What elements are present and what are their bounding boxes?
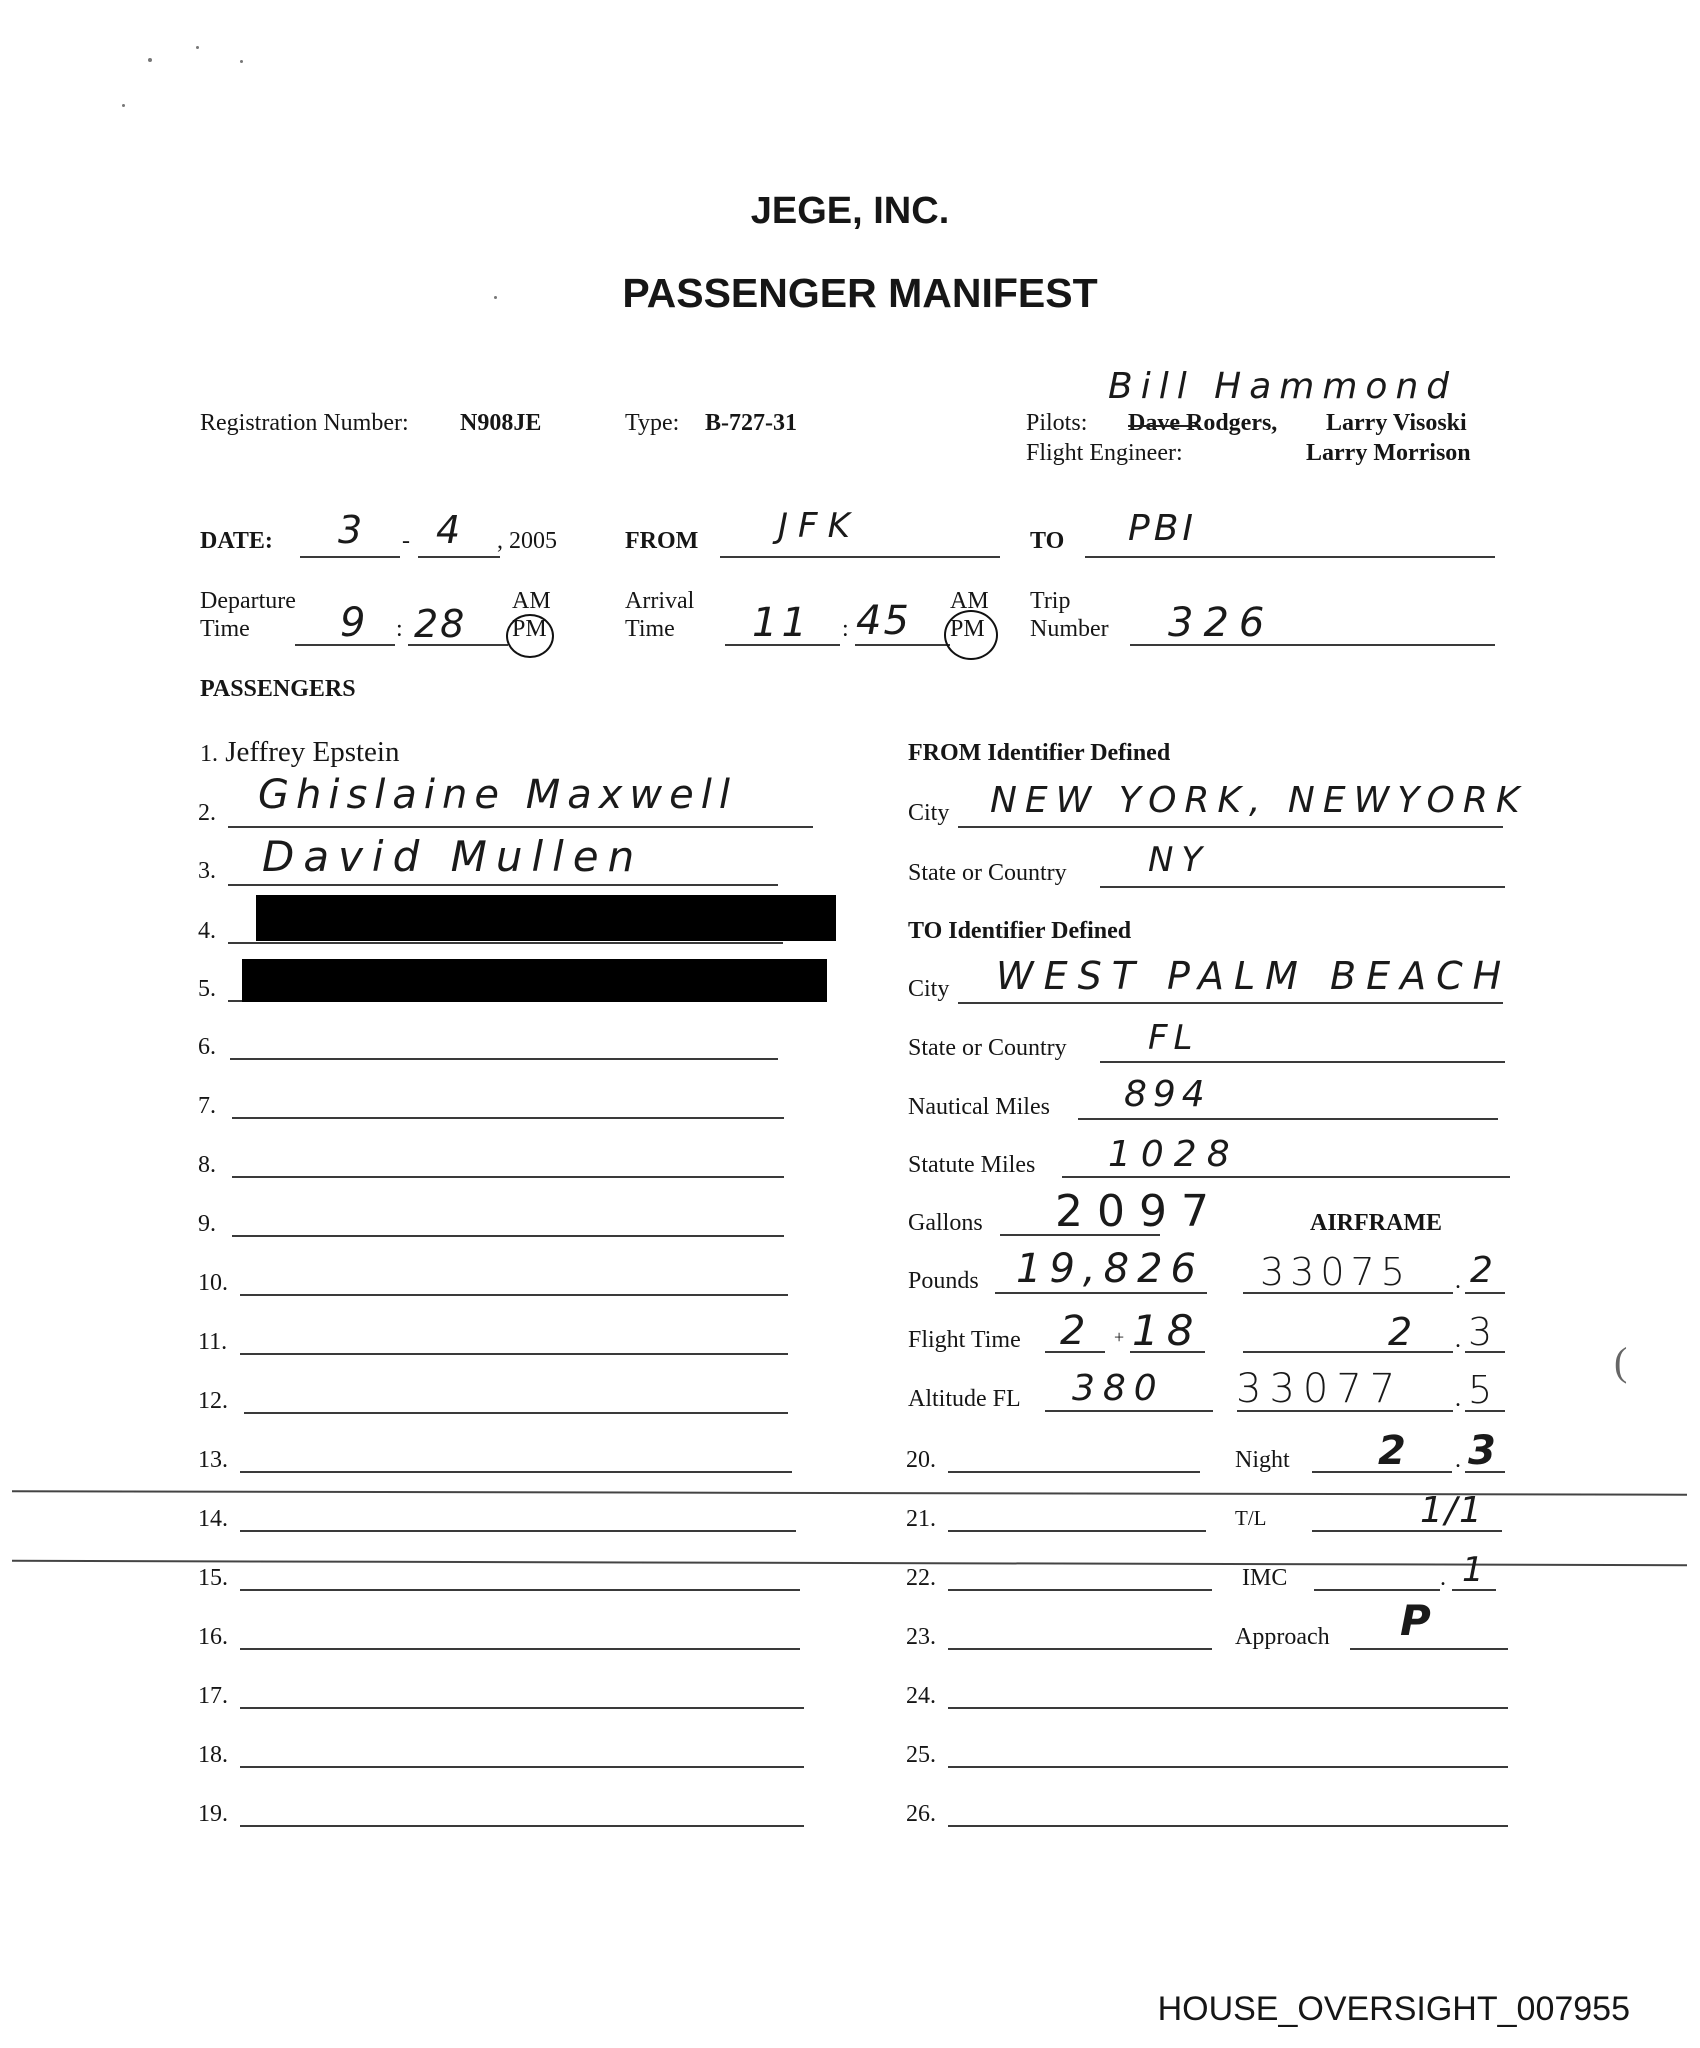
arrival-pm-circle <box>944 610 998 660</box>
passenger-13-field[interactable] <box>240 1471 792 1473</box>
approach-value: P <box>1400 1596 1437 1645</box>
row-22-field[interactable] <box>948 1589 1212 1591</box>
to-field[interactable] <box>1085 556 1495 558</box>
passenger-name: Jeffrey Epstein <box>225 736 399 768</box>
passenger-number: 3. <box>198 858 216 885</box>
arrival-label-2: Time <box>625 616 675 643</box>
from-state-value: NY <box>1148 840 1210 880</box>
date-separator: - <box>402 528 410 555</box>
statute-miles-label: Statute Miles <box>908 1152 1035 1179</box>
to-state-label: State or Country <box>908 1035 1067 1062</box>
passenger-8-field[interactable] <box>232 1176 784 1178</box>
altitude-field[interactable] <box>1045 1410 1213 1412</box>
scan-speck <box>148 58 152 62</box>
pilot-2: Larry Visoski <box>1326 410 1467 437</box>
scan-speck <box>240 60 243 63</box>
row-20-field[interactable] <box>948 1471 1200 1473</box>
departure-label-2: Time <box>200 616 250 643</box>
date-day-field[interactable] <box>418 556 500 558</box>
airframe-time-field[interactable] <box>1243 1351 1453 1353</box>
scan-speck <box>196 46 199 49</box>
from-state-label: State or Country <box>908 860 1067 887</box>
pounds-field[interactable] <box>995 1292 1207 1294</box>
passenger-number: 14. <box>198 1506 228 1533</box>
gallons-value: 2097 <box>1055 1186 1223 1237</box>
to-city-field[interactable] <box>958 1002 1503 1004</box>
arrival-colon: : <box>842 616 849 643</box>
passenger-number: 2. <box>198 800 216 827</box>
passenger-11-field[interactable] <box>240 1353 788 1355</box>
from-city-value: NEW YORK, NEWYORK <box>990 780 1528 821</box>
to-city-label: City <box>908 976 949 1003</box>
date-label: DATE: <box>200 528 273 555</box>
passenger-1: 1. Jeffrey Epstein <box>200 736 399 769</box>
departure-colon: : <box>396 616 403 643</box>
approach-label: Approach <box>1235 1624 1330 1651</box>
trip-label-2: Number <box>1030 616 1109 643</box>
page-title: PASSENGER MANIFEST <box>0 270 1700 317</box>
night-dec: 3 <box>1468 1428 1502 1474</box>
pilot-struck: Dave Rodgers, <box>1128 410 1277 437</box>
to-label: TO <box>1030 528 1064 555</box>
pounds-value: 19,826 <box>1016 1246 1204 1292</box>
passenger-number: 6. <box>198 1034 216 1061</box>
date-month: 3 <box>338 508 368 552</box>
passenger-number: 18. <box>198 1742 228 1769</box>
decimal-point: . <box>1440 1565 1446 1592</box>
date-day: 4 <box>436 508 466 552</box>
right-row-number: 22. <box>906 1565 936 1592</box>
statute-miles-value: 1028 <box>1108 1134 1240 1175</box>
passenger-2-name: Ghislaine Maxwell <box>258 772 737 818</box>
flight-time-plus: + <box>1114 1327 1124 1348</box>
passenger-17-field[interactable] <box>240 1707 804 1709</box>
passenger-15-field[interactable] <box>240 1589 800 1591</box>
airframe-end-value: 33077 <box>1236 1366 1403 1412</box>
altitude-label: Altitude FL <box>908 1386 1021 1413</box>
row-25-field[interactable] <box>948 1766 1508 1768</box>
night-value: 2 <box>1378 1428 1412 1474</box>
departure-am: AM <box>512 588 551 615</box>
gallons-label: Gallons <box>908 1210 983 1237</box>
flight-time-label: Flight Time <box>908 1327 1021 1354</box>
decimal-point: . <box>1455 1268 1461 1295</box>
redaction-block <box>242 959 827 1002</box>
departure-hour: 9 <box>340 600 371 646</box>
airframe-heading: AIRFRAME <box>1310 1210 1442 1237</box>
date-year: , 2005 <box>497 528 557 555</box>
passenger-number: 12. <box>198 1388 228 1415</box>
right-row-number: 21. <box>906 1506 936 1533</box>
nautical-miles-value: 894 <box>1124 1074 1211 1115</box>
passenger-number: 5. <box>198 976 216 1003</box>
row-26-field[interactable] <box>948 1825 1508 1827</box>
from-state-field[interactable] <box>1100 886 1505 888</box>
tl-value: 1/1 <box>1420 1490 1484 1531</box>
to-city-value: WEST PALM BEACH <box>996 954 1511 998</box>
nautical-miles-field[interactable] <box>1078 1118 1498 1120</box>
passenger-number: 15. <box>198 1565 228 1592</box>
right-row-number: 26. <box>906 1801 936 1828</box>
passenger-10-field[interactable] <box>240 1294 788 1296</box>
passenger-number: 13. <box>198 1447 228 1474</box>
from-field[interactable] <box>720 556 1000 558</box>
altitude-value: 380 <box>1072 1368 1165 1409</box>
passenger-number: 7. <box>198 1093 216 1120</box>
departure-pm-circle <box>506 614 554 658</box>
passenger-number: 11. <box>198 1329 227 1356</box>
arrival-min: 45 <box>856 598 911 644</box>
from-city-label: City <box>908 800 949 827</box>
passenger-number: 8. <box>198 1152 216 1179</box>
from-identifier-heading: FROM Identifier Defined <box>908 740 1170 767</box>
passenger-18-field[interactable] <box>240 1766 804 1768</box>
row-21-field[interactable] <box>948 1530 1206 1532</box>
strikethrough-line <box>1128 425 1200 427</box>
passenger-14-field[interactable] <box>240 1530 796 1532</box>
engineer-value: Larry Morrison <box>1306 440 1471 467</box>
airframe-start-dec-field[interactable] <box>1465 1292 1505 1294</box>
passenger-number: 17. <box>198 1683 228 1710</box>
airframe-time-value: 2 <box>1388 1310 1418 1354</box>
scan-line <box>12 1560 1687 1566</box>
nautical-miles-label: Nautical Miles <box>908 1094 1050 1121</box>
right-row-number: 25. <box>906 1742 936 1769</box>
pounds-label: Pounds <box>908 1268 979 1295</box>
right-row-number: 20. <box>906 1447 936 1474</box>
bates-number: HOUSE_OVERSIGHT_007955 <box>1158 1990 1630 2029</box>
pilot-handwritten: Bill Hammond <box>1108 366 1457 407</box>
trip-number: 326 <box>1168 600 1274 646</box>
flight-time-min: 18 <box>1132 1306 1201 1355</box>
passenger-19-field[interactable] <box>240 1825 804 1827</box>
tl-label: T/L <box>1235 1506 1267 1531</box>
night-label: Night <box>1235 1447 1290 1474</box>
to-state-value: FL <box>1148 1018 1199 1058</box>
passenger-number: 19. <box>198 1801 228 1828</box>
statute-miles-field[interactable] <box>1062 1176 1510 1178</box>
date-month-field[interactable] <box>300 556 400 558</box>
right-row-number: 24. <box>906 1683 936 1710</box>
airframe-start-dec: 2 <box>1470 1250 1499 1291</box>
arrival-min-field[interactable] <box>855 644 950 646</box>
to-identifier-heading: TO Identifier Defined <box>908 918 1131 945</box>
passenger-number: 4. <box>198 918 216 945</box>
passenger-7-field[interactable] <box>232 1117 784 1119</box>
row-23-field[interactable] <box>948 1648 1212 1650</box>
pilots-label: Pilots: <box>1026 410 1087 437</box>
passenger-number: 16. <box>198 1624 228 1651</box>
imc-label: IMC <box>1242 1565 1287 1592</box>
passenger-3-name: David Mullen <box>262 832 643 881</box>
to-value: PBI <box>1128 508 1197 549</box>
passenger-6-field[interactable] <box>230 1058 778 1060</box>
arrival-hour: 11 <box>752 600 811 646</box>
imc-field[interactable] <box>1314 1589 1440 1591</box>
type-value: B-727-31 <box>705 410 797 437</box>
flight-time-hours: 2 <box>1060 1308 1091 1354</box>
type-label: Type: <box>625 410 679 437</box>
passenger-12-field[interactable] <box>244 1412 788 1414</box>
decimal-point: . <box>1455 1386 1461 1413</box>
passenger-16-field[interactable] <box>240 1648 800 1650</box>
departure-label-1: Departure <box>200 588 296 615</box>
from-label: FROM <box>625 528 698 555</box>
company-name: JEGE, INC. <box>0 190 1700 233</box>
arrival-label-1: Arrival <box>625 588 694 615</box>
passenger-2-field[interactable] <box>228 826 813 828</box>
from-value: JFK <box>778 506 860 546</box>
decimal-point: . <box>1455 1327 1461 1354</box>
redaction-block <box>256 895 836 941</box>
approach-field[interactable] <box>1350 1648 1508 1650</box>
to-state-field[interactable] <box>1100 1061 1505 1063</box>
engineer-label: Flight Engineer: <box>1026 440 1183 467</box>
airframe-start-value: 33075 <box>1260 1250 1411 1294</box>
registration-value: N908JE <box>460 410 541 437</box>
departure-min: 28 <box>414 602 466 646</box>
passenger-9-field[interactable] <box>232 1235 784 1237</box>
airframe-end-dec: 5 <box>1468 1368 1498 1412</box>
imc-value: 1 <box>1462 1550 1490 1590</box>
passenger-number: 9. <box>198 1211 216 1238</box>
passenger-4-field[interactable] <box>228 942 783 944</box>
from-city-field[interactable] <box>958 826 1503 828</box>
passengers-heading: PASSENGERS <box>200 676 356 703</box>
passenger-number: 10. <box>198 1270 228 1297</box>
trip-label-1: Trip <box>1030 588 1070 615</box>
scan-speck <box>122 104 125 107</box>
registration-label: Registration Number: <box>200 410 409 437</box>
passenger-number: 1. <box>200 741 218 767</box>
decimal-point: . <box>1455 1447 1461 1474</box>
scan-mark: ( <box>1614 1338 1627 1385</box>
passenger-3-field[interactable] <box>228 884 778 886</box>
right-row-number: 23. <box>906 1624 936 1651</box>
row-24-field[interactable] <box>948 1707 1508 1709</box>
airframe-time-dec: 3 <box>1468 1310 1498 1354</box>
